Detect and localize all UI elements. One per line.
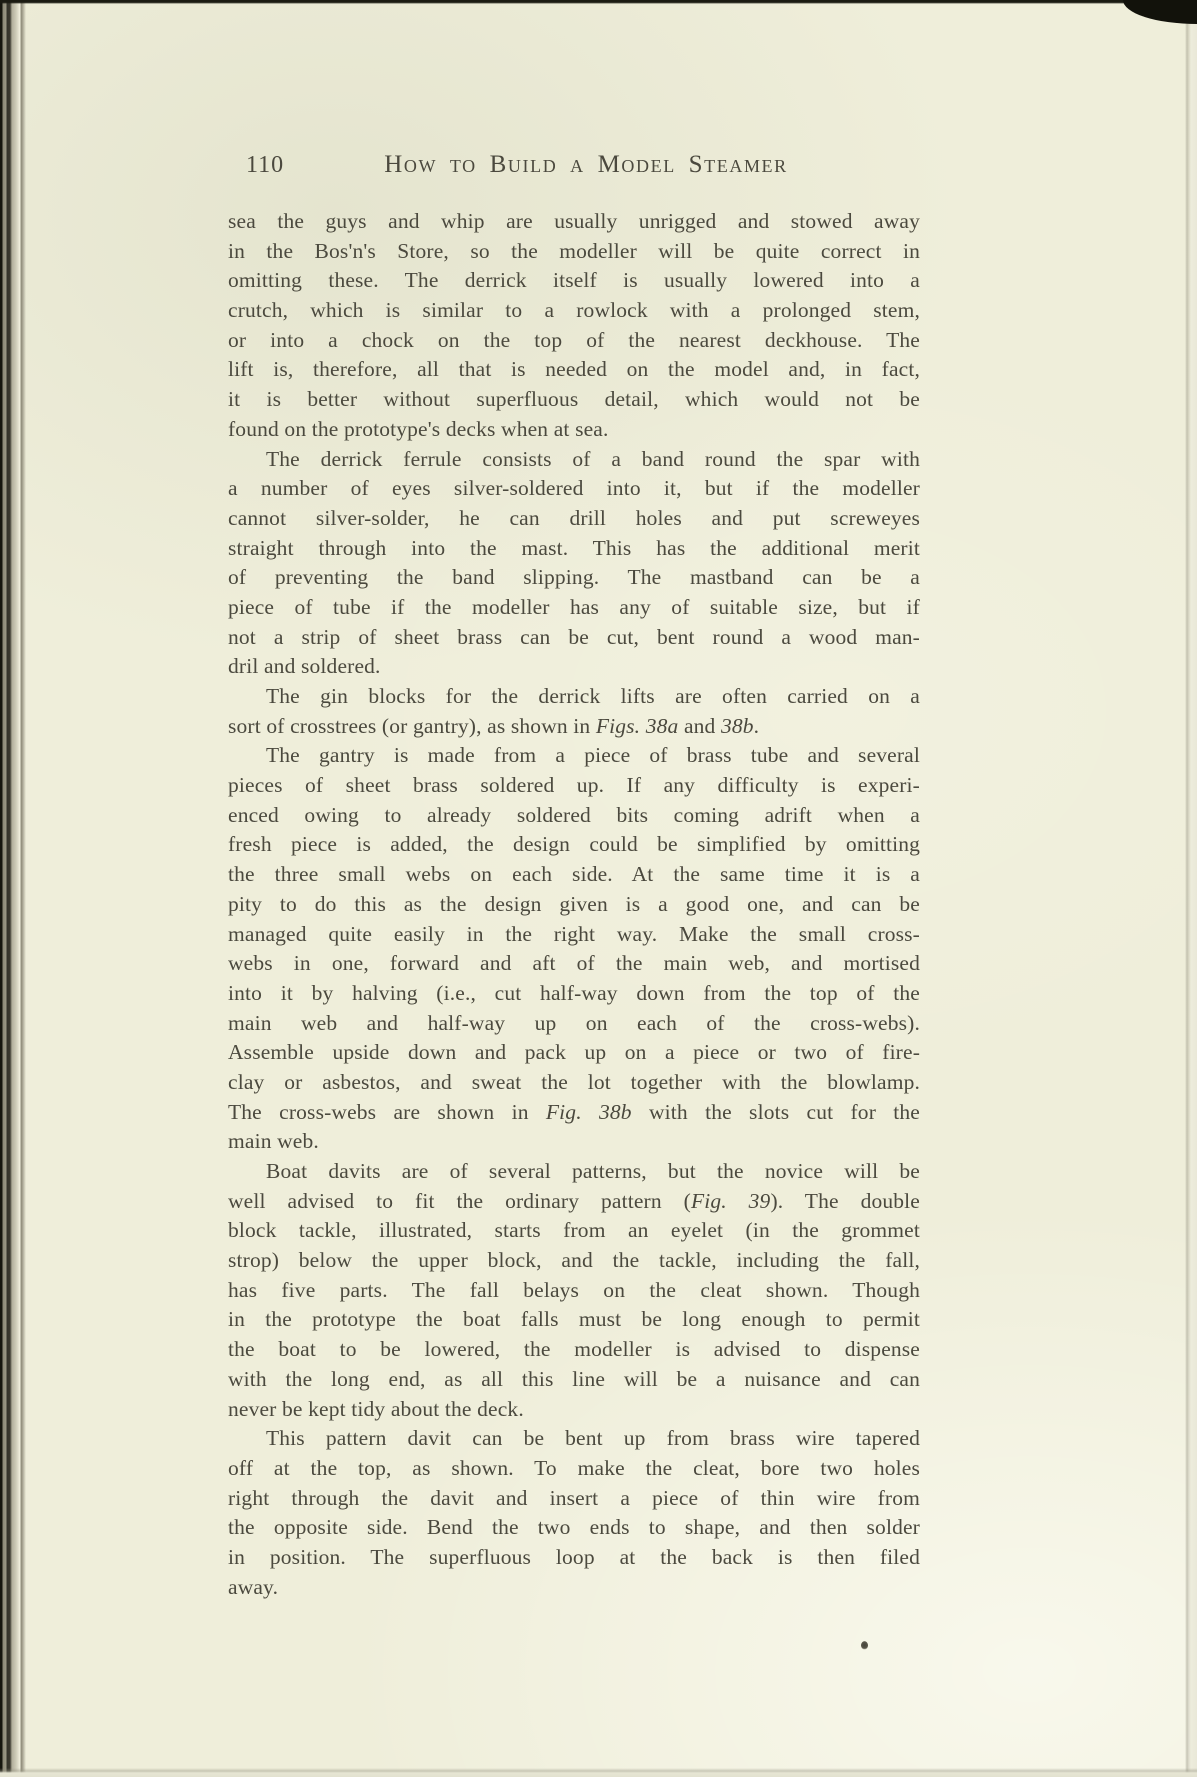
text-line: never be kept tidy about the deck. xyxy=(228,1395,920,1425)
text-line: This pattern davit can be bent up from b… xyxy=(228,1424,920,1454)
text-line: block tackle, illustrated, starts from a… xyxy=(228,1216,920,1246)
text-line: in position. The superfluous loop at the… xyxy=(228,1543,920,1573)
text-line: into it by halving (i.e., cut half-way d… xyxy=(228,979,920,1009)
text-line: omitting these. The derrick itself is us… xyxy=(228,266,920,296)
text-line: main web. xyxy=(228,1127,920,1157)
text-line: The cross-webs are shown in Fig. 38b wit… xyxy=(228,1098,920,1128)
text-line: piece of tube if the modeller has any of… xyxy=(228,593,920,623)
text-line: a number of eyes silver-soldered into it… xyxy=(228,474,920,504)
text-line: in the Bos'n's Store, so the modeller wi… xyxy=(228,237,920,267)
text-line: the boat to be lowered, the modeller is … xyxy=(228,1335,920,1365)
text-line: crutch, which is similar to a rowlock wi… xyxy=(228,296,920,326)
text-line: the three small webs on each side. At th… xyxy=(228,860,920,890)
page-number: 110 xyxy=(246,150,284,180)
paragraph: The gin blocks for the derrick lifts are… xyxy=(228,682,920,741)
paragraph: Boat davits are of several patterns, but… xyxy=(228,1157,920,1424)
text-line: away. xyxy=(228,1573,920,1603)
text-line: fresh piece is added, the design could b… xyxy=(228,830,920,860)
text-line: enced owing to already soldered bits com… xyxy=(228,801,920,831)
text-line: has five parts. The fall belays on the c… xyxy=(228,1276,920,1306)
text-line: or into a chock on the top of the neares… xyxy=(228,326,920,356)
text-line: strop) below the upper block, and the ta… xyxy=(228,1246,920,1276)
paragraph: The derrick ferrule consists of a band r… xyxy=(228,445,920,683)
text-line: with the long end, as all this line will… xyxy=(228,1365,920,1395)
text-line: straight through into the mast. This has… xyxy=(228,534,920,564)
text-line: well advised to fit the ordinary pattern… xyxy=(228,1187,920,1217)
page-bottom-edge xyxy=(0,1768,1197,1777)
text-line: The derrick ferrule consists of a band r… xyxy=(228,445,920,475)
text-line: the opposite side. Bend the two ends to … xyxy=(228,1513,920,1543)
text-line: not a strip of sheet brass can be cut, b… xyxy=(228,623,920,653)
page-top-edge xyxy=(0,0,1197,4)
text-line: sea the guys and whip are usually unrigg… xyxy=(228,207,920,237)
text-line: pieces of sheet brass soldered up. If an… xyxy=(228,771,920,801)
text-line: off at the top, as shown. To make the cl… xyxy=(228,1454,920,1484)
text-line: The gin blocks for the derrick lifts are… xyxy=(228,682,920,712)
text-line: in the prototype the boat falls must be … xyxy=(228,1305,920,1335)
text-line: The gantry is made from a piece of brass… xyxy=(228,741,920,771)
text-line: pity to do this as the design given is a… xyxy=(228,890,920,920)
text-line: right through the davit and insert a pie… xyxy=(228,1484,920,1514)
text-line: Assemble upside down and pack up on a pi… xyxy=(228,1038,920,1068)
text-line: dril and soldered. xyxy=(228,652,920,682)
page-binding-edge xyxy=(0,0,26,1777)
page-right-edge xyxy=(1185,0,1197,1777)
text-line: managed quite easily in the right way. M… xyxy=(228,920,920,950)
running-head: 110 How to Build a Model Steamer xyxy=(228,150,920,182)
paragraph: sea the guys and whip are usually unrigg… xyxy=(228,207,920,445)
paragraph: The gantry is made from a piece of brass… xyxy=(228,741,920,1157)
book-page: 110 How to Build a Model Steamer sea the… xyxy=(0,0,1197,1777)
ink-speck xyxy=(861,1641,868,1650)
text-line: webs in one, forward and aft of the main… xyxy=(228,949,920,979)
text-line: clay or asbestos, and sweat the lot toge… xyxy=(228,1068,920,1098)
text-line: of preventing the band slipping. The mas… xyxy=(228,563,920,593)
text-line: sort of crosstrees (or gantry), as shown… xyxy=(228,712,920,742)
text-line: cannot silver-solder, he can drill holes… xyxy=(228,504,920,534)
text-line: lift is, therefore, all that is needed o… xyxy=(228,355,920,385)
text-line: main web and half-way up on each of the … xyxy=(228,1009,920,1039)
text-line: found on the prototype's decks when at s… xyxy=(228,415,920,445)
text-column: sea the guys and whip are usually unrigg… xyxy=(228,207,920,1602)
page-corner-shadow xyxy=(1123,0,1197,24)
text-line: it is better without superfluous detail,… xyxy=(228,385,920,415)
running-title: How to Build a Model Steamer xyxy=(228,150,920,180)
text-line: Boat davits are of several patterns, but… xyxy=(228,1157,920,1187)
paragraph: This pattern davit can be bent up from b… xyxy=(228,1424,920,1602)
